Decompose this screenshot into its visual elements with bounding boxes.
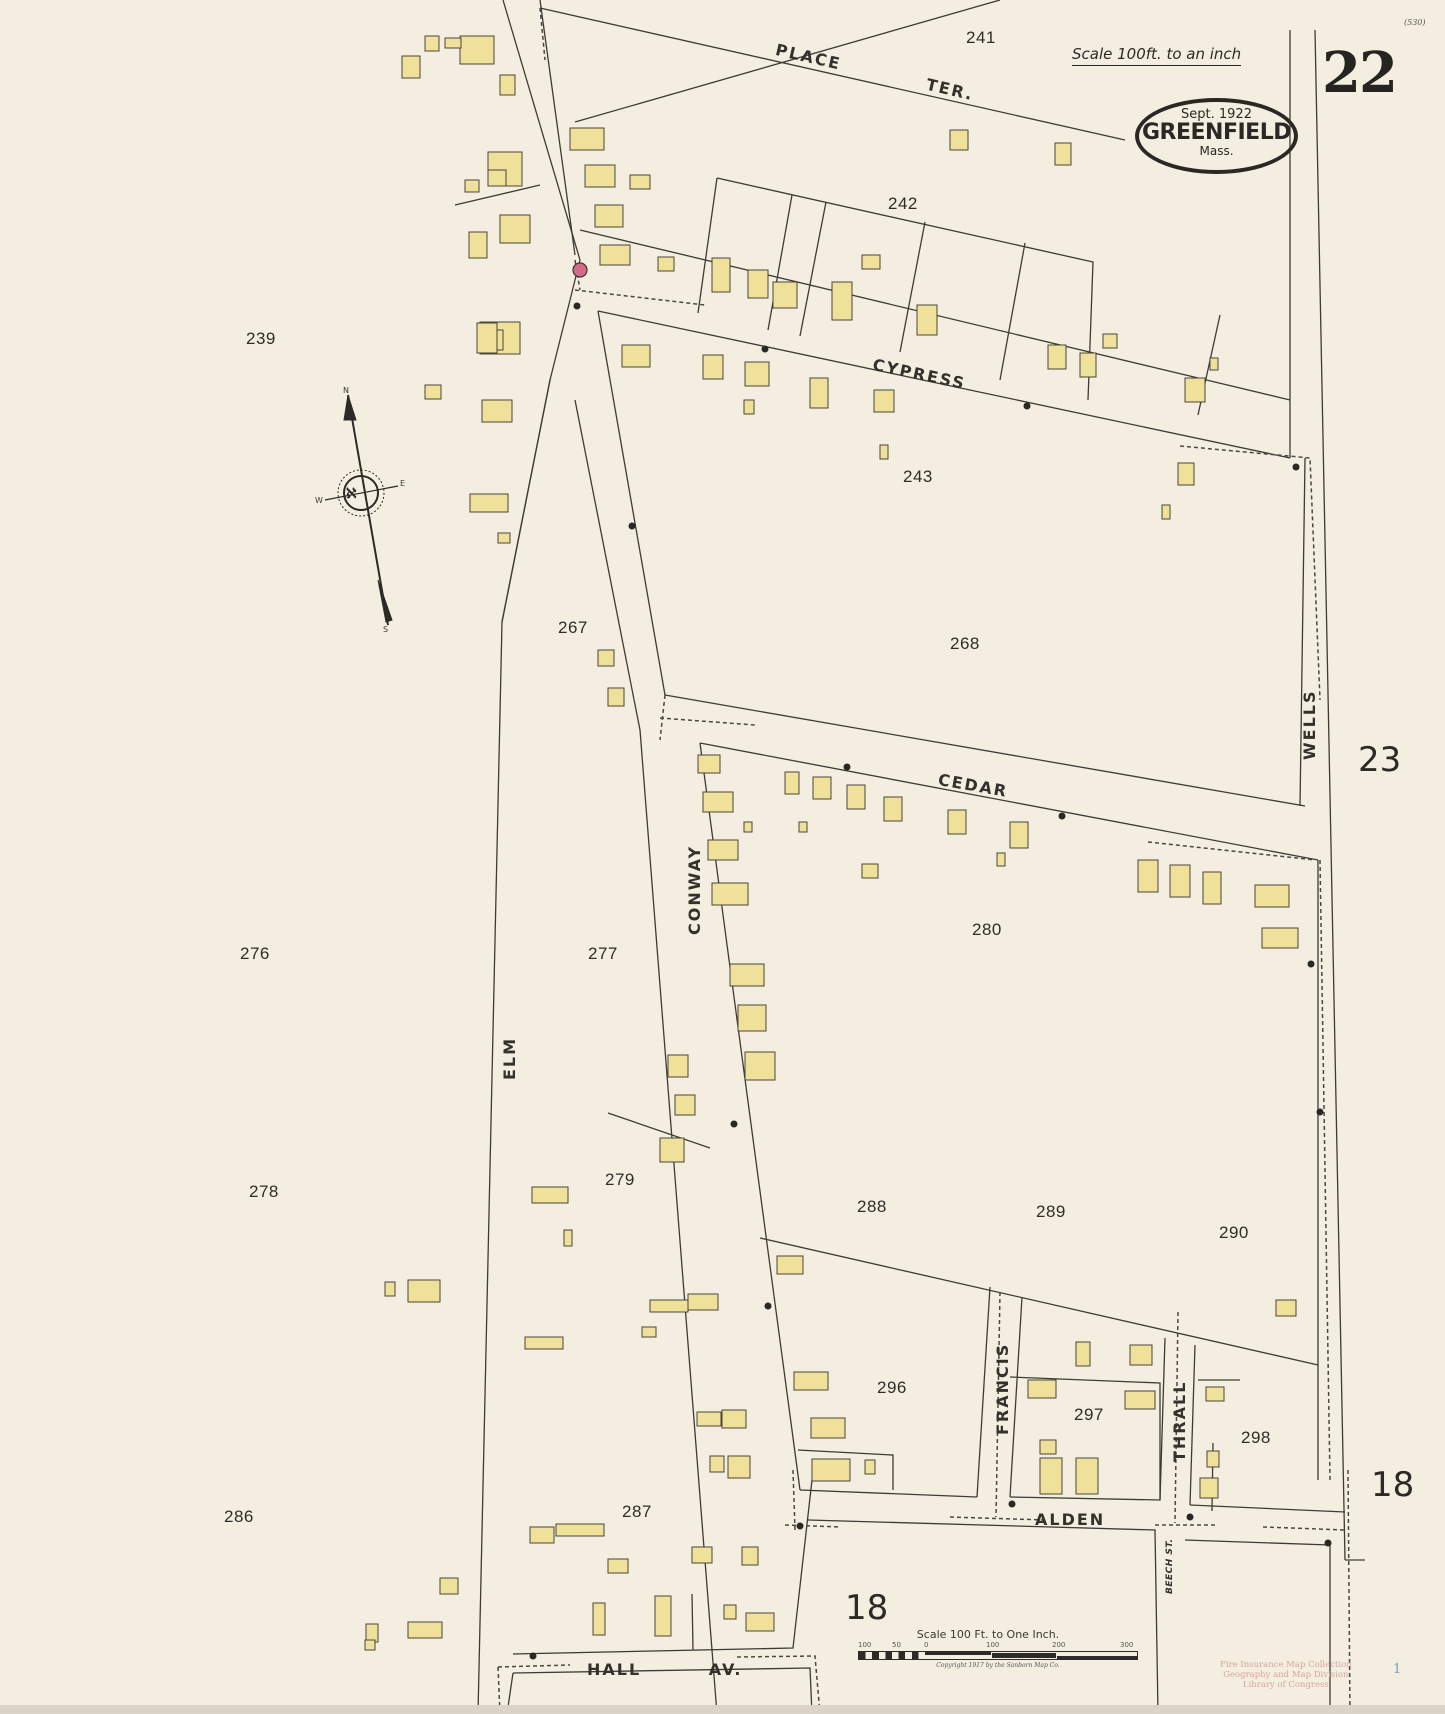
block-number: 277 [588,944,618,964]
sheet-number: 22 [1322,40,1396,106]
block-number: 267 [558,618,588,638]
adjacent-sheet-ref[interactable]: 23 [1358,740,1401,780]
block-number: 279 [605,1170,635,1190]
elm-street-west-edge [478,0,580,1714]
svg-text:ℵ: ℵ [346,486,357,502]
block-number: 242 [888,194,918,214]
scale-tick: 300 [1120,1641,1133,1649]
scale-tick: 100 [986,1641,999,1649]
cartouche-city: GREENFIELD [1139,122,1294,144]
block-number: 290 [1219,1223,1249,1243]
street-label-alden: ALDEN [1035,1510,1105,1529]
block-number: 286 [224,1507,254,1527]
street-label-beech-st: BEECH ST. [1165,1539,1175,1594]
scale-bar-ticks: 100 50 0 100 200 300 [858,1641,1138,1651]
street-label-francis: FRANCIS [993,1343,1012,1435]
scan-edge [0,1705,1445,1714]
svg-text:N: N [343,386,349,395]
scale-note: Scale 100ft. to an inch [1072,45,1241,66]
street-label-hall-av: HALL AV. [587,1660,742,1679]
stamp-line: Library of Congress [1220,1680,1352,1690]
scale-bar-title: Scale 100 Ft. to One Inch. [838,1628,1138,1641]
street-label-wells: WELLS [1300,690,1319,761]
scale-tick: 50 [892,1641,901,1649]
block-number: 241 [966,28,996,48]
copyright: Copyright 1917 by the Sanborn Map Co. [858,1662,1138,1669]
street-label-conway: CONWAY [685,845,704,935]
block-number: 276 [240,944,270,964]
map-linework: ℵ N S E W [0,0,1445,1714]
block-number: 298 [1241,1428,1271,1448]
adjacent-sheet-ref[interactable]: 18 [1371,1465,1414,1505]
block-number: 268 [950,634,980,654]
scale-tick: 0 [924,1641,928,1649]
fire-alarm-box [573,263,587,277]
cartouche-state: Mass. [1139,144,1294,158]
block-number: 288 [857,1197,887,1217]
svg-text:S: S [383,625,388,634]
block-number: 239 [246,329,276,349]
title-cartouche: Sept. 1922 GREENFIELD Mass. [1135,98,1298,174]
map-sheet: ℵ N S E W 239 241 242 243 267 268 276 27… [0,0,1445,1714]
block-number: 297 [1074,1405,1104,1425]
scale-tick: 100 [858,1641,871,1649]
svg-text:W: W [315,496,323,505]
stamp-line: Geography and Map Division [1220,1670,1352,1680]
block-number: 289 [1036,1202,1066,1222]
street-label-elm: ELM [500,1037,519,1080]
block-number: 243 [903,467,933,487]
scale-bar: Scale 100 Ft. to One Inch. 100 50 0 100 … [858,1628,1138,1669]
stamp-number: 1 [1393,1662,1401,1677]
block-number: 278 [249,1182,279,1202]
svg-text:E: E [400,479,405,488]
compass-rose: ℵ [325,395,398,625]
archive-stamp: Fire Insurance Map Collection Geography … [1220,1660,1352,1690]
block-number: 287 [622,1502,652,1522]
block-number: 280 [972,920,1002,940]
sheet-reference: (530) [1404,18,1426,27]
scale-bar-graphic [858,1651,1138,1660]
street-label-thrall: THRALL [1170,1381,1189,1462]
adjacent-sheet-ref[interactable]: 18 [845,1588,888,1628]
stamp-line: Fire Insurance Map Collection [1220,1660,1352,1670]
scale-tick: 200 [1052,1641,1065,1649]
block-number: 296 [877,1378,907,1398]
